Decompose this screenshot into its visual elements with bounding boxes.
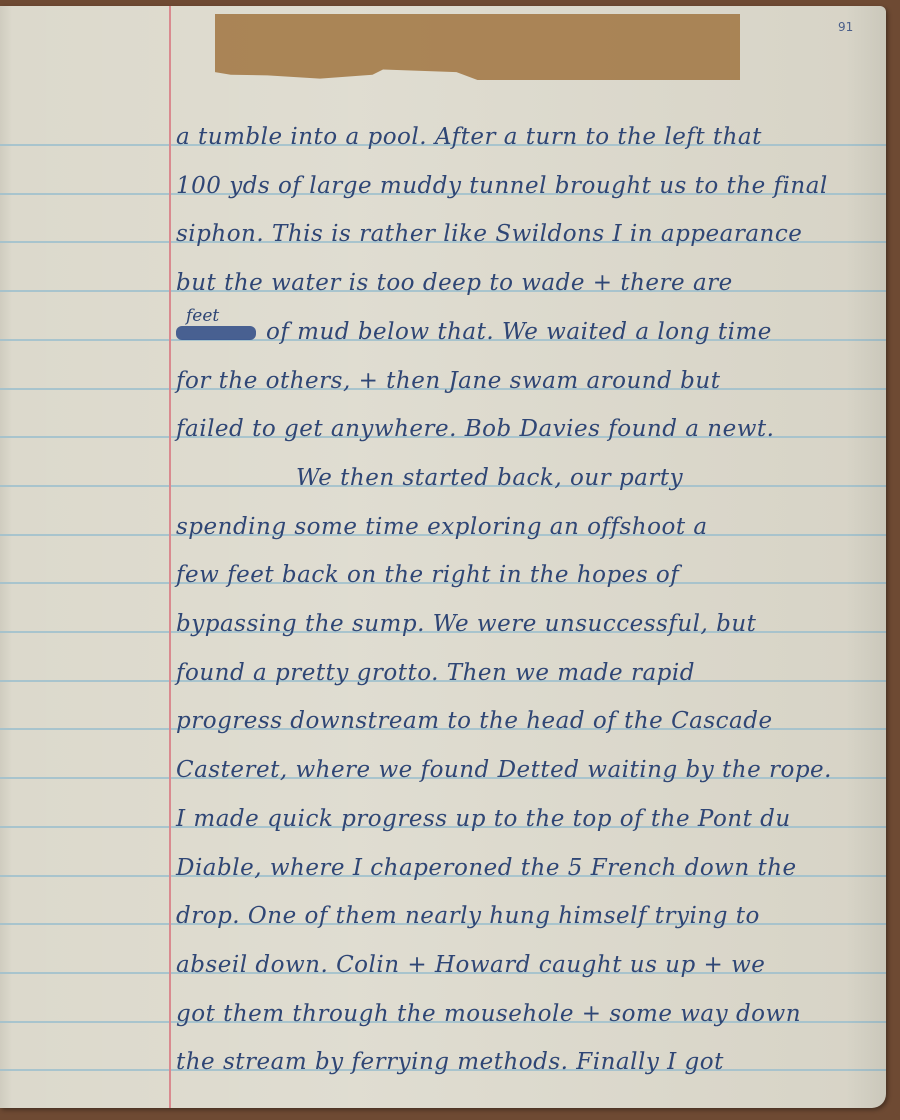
handwritten-line: 100 yds of large muddy tunnel brought us… xyxy=(176,175,828,198)
page-shading xyxy=(846,6,886,1108)
page-edge xyxy=(0,6,12,1108)
tape-strip xyxy=(215,14,740,80)
inserted-word: feet xyxy=(186,306,219,326)
handwritten-line: We then started back, our party xyxy=(296,467,683,490)
handwritten-line: progress downstream to the head of the C… xyxy=(176,710,773,733)
handwritten-line: I made quick progress up to the top of t… xyxy=(176,808,791,831)
handwritten-line: found a pretty grotto. Then we made rapi… xyxy=(176,662,695,685)
handwritten-line: siphon. This is rather like Swildons I i… xyxy=(176,223,802,246)
handwritten-line: a tumble into a pool. After a turn to th… xyxy=(176,126,762,149)
handwritten-line: few feet back on the right in the hopes … xyxy=(176,564,679,587)
handwritten-line: but the water is too deep to wade + ther… xyxy=(176,272,733,295)
handwritten-line: the stream by ferrying methods. Finally … xyxy=(176,1051,724,1074)
handwritten-line: got them through the mousehole + some wa… xyxy=(176,1003,801,1026)
handwritten-line: of mud below that. We waited a long time xyxy=(266,321,772,344)
crossed-out-word xyxy=(176,326,256,340)
handwritten-line: Casteret, where we found Detted waiting … xyxy=(176,759,832,782)
handwritten-line: Diable, where I chaperoned the 5 French … xyxy=(176,857,797,880)
handwritten-line: drop. One of them nearly hung himself tr… xyxy=(176,905,760,928)
notebook-page: 91 feet a tumble into a pool. After a tu… xyxy=(0,6,886,1108)
handwritten-line: failed to get anywhere. Bob Davies found… xyxy=(176,418,774,441)
handwritten-line: bypassing the sump. We were unsuccessful… xyxy=(176,613,756,636)
handwritten-line: abseil down. Colin + Howard caught us up… xyxy=(176,954,765,977)
handwritten-line: for the others, + then Jane swam around … xyxy=(176,370,720,393)
handwritten-line: spending some time exploring an offshoot… xyxy=(176,516,708,539)
margin-line xyxy=(169,6,171,1108)
